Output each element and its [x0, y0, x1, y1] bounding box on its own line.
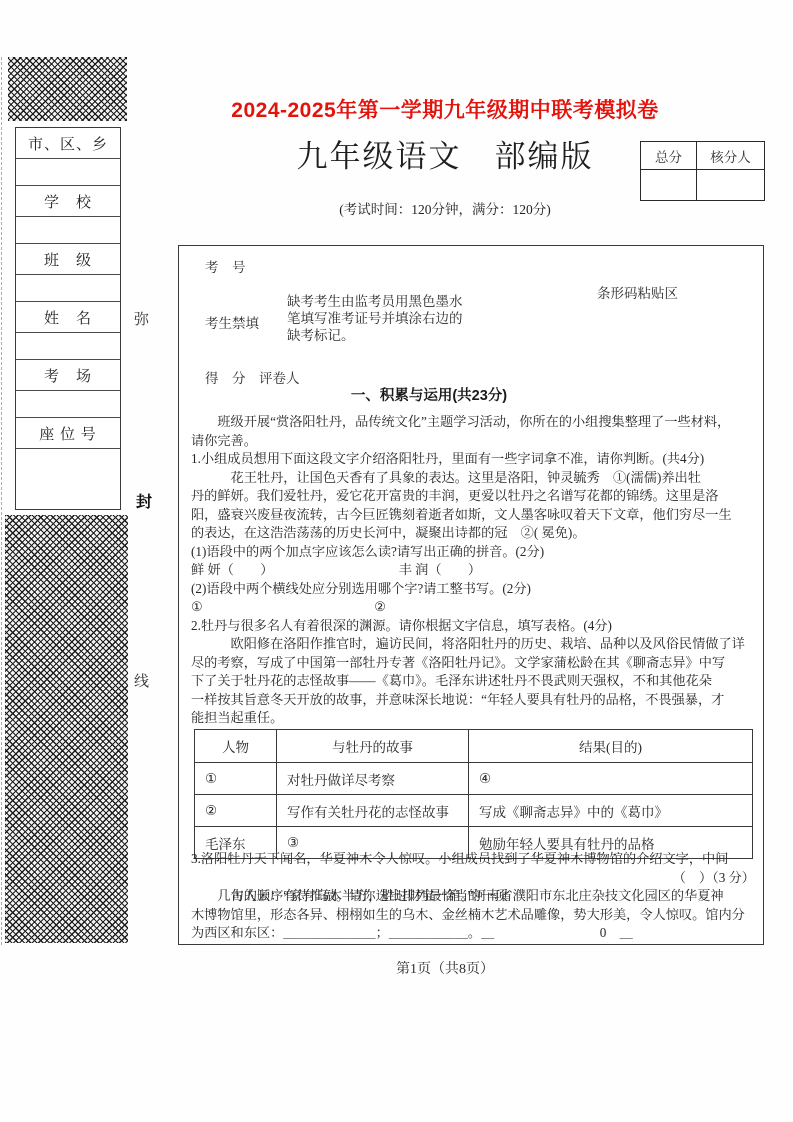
- text-line: (1)语段中的两个加点字应该怎么读?请写出正确的拼音。(2分): [191, 543, 757, 562]
- page-left-trim-line: [1, 57, 3, 945]
- field-blank-examroom: [16, 391, 120, 418]
- security-hatch-top: [8, 57, 127, 121]
- field-blank-seat: [16, 449, 120, 509]
- text-line: 尽的考察，写成了中国第一部牡丹专著《洛阳牡丹记》。文学家蒲松龄在其《聊斋志异》中…: [191, 654, 757, 673]
- section1-heading: 一、积累与运用(共23分): [299, 384, 559, 405]
- text-line: 为西区和东区：＿＿＿＿＿＿＿；＿＿＿＿＿＿。＿ 0 ＿: [191, 924, 757, 943]
- seal-field-table: 市、区、乡 学 校 班 级 姓 名 考 场 座 位 号: [15, 127, 121, 510]
- cell-story-1: 对牡丹做详尽考察: [277, 763, 469, 795]
- th-story: 与牡丹的故事: [277, 730, 469, 763]
- field-label-examroom: 考 场: [16, 360, 120, 391]
- text-line: 下了关于牡丹花的志怪故事——《葛巾》。毛泽东讲述牡丹不畏武则天强权，不和其他花朵: [191, 672, 757, 691]
- barcode-area-label: 条形码粘贴区: [597, 282, 678, 302]
- absent-note-line: 笔填写准考证号并填涂右边的: [287, 310, 463, 327]
- text-line: 请你完善。: [191, 432, 757, 451]
- field-blank-district: [16, 159, 120, 186]
- seal-char-xian: 线: [134, 670, 149, 691]
- field-blank-school: [16, 217, 120, 244]
- table-row: ① 对牡丹做详尽考察 ④: [195, 763, 753, 795]
- field-label-school: 学 校: [16, 186, 120, 217]
- th-result: 结果(目的): [469, 730, 753, 763]
- field-label-seat: 座 位 号: [16, 418, 120, 449]
- field-blank-class: [16, 275, 120, 302]
- text-line: ① ②: [191, 598, 757, 617]
- forbid-fill-label: 考生禁填: [205, 312, 259, 332]
- page-number: 第1页（共8页）: [120, 958, 770, 978]
- absent-note-line: 缺考标记。: [287, 327, 463, 344]
- text-line: 花王牡丹，让国色天香有了具象的表达。这里是洛阳，钟灵毓秀 ①(濡儒)养出牡: [191, 469, 757, 488]
- table-row: ② 写作有关牡丹花的志怪故事 写成《聊斋志异》中的《葛巾》: [195, 795, 753, 827]
- field-label-name: 姓 名: [16, 302, 120, 333]
- score-strip-label: 得 分 评卷人: [205, 367, 300, 387]
- text-line: 丹的鲜妍。我们爱牡丹，爱它花开富贵的丰润，更爱以牡丹之名谱写花都的锦绣。这里是洛: [191, 487, 757, 506]
- total-score-label: 总分: [641, 142, 697, 170]
- table-header-row: 人物 与牡丹的故事 结果(目的): [195, 730, 753, 763]
- text-line: 3.洛阳牡丹天下闻名，华夏神木令人惊叹。小组成员找到了华夏神木博物馆的介绍文字，…: [191, 850, 757, 869]
- text-line: 阳，盛衰兴废昼夜流转，古今巨匠镌刻着逝者如斯，文人墨客咏叹着天下文章，他们穷尽一…: [191, 506, 757, 525]
- text-line: 鲜 妍（ ） 丰 润（ ）: [191, 561, 757, 580]
- text-line: 1.小组成员想用下面这段文字介绍洛阳牡丹，里面有一些字词拿不准，请你判断。(共4…: [191, 450, 757, 469]
- total-score-blank: [641, 170, 697, 200]
- cell-result-2: 写成《聊斋志异》中的《葛巾》: [469, 795, 753, 827]
- absent-note-line: 缺考考生由监考员用黑色墨水: [287, 293, 463, 310]
- field-label-district: 市、区、乡: [16, 128, 120, 159]
- text-line: 一样按其旨意冬天开放的故事，并意味深长地说：“年轻人要具有牡丹的品格，不畏强暴，…: [191, 691, 757, 710]
- total-score-box: 总分 核分人: [640, 141, 765, 201]
- question3-block: 3.洛阳牡丹天下闻名，华夏神木令人惊叹。小组成员找到了华夏神木博物馆的介绍文字，…: [191, 850, 757, 943]
- text-line: 古人云：“家有乌木半方，胜过财宝一箱。”河南省濮阳市东北庄杂技文化园区的华夏神: [191, 887, 757, 906]
- seal-char-mi: 弥: [134, 308, 149, 329]
- cell-person-1: ①: [195, 763, 277, 795]
- exam-info: (考试时间：120分钟，满分：120分): [120, 198, 770, 218]
- text-line: (2)语段中两个横线处应分别选用哪个字?请工整书写。(2分): [191, 580, 757, 599]
- score-checker-blank: [697, 170, 764, 200]
- cell-story-2: 写作有关牡丹花的志怪故事: [277, 795, 469, 827]
- text-line: 2.牡丹与很多名人有着很深的渊源。请你根据文字信息，填写表格。(4分): [191, 617, 757, 636]
- absent-note: 缺考考生由监考员用黑色墨水 笔填写准考证号并填涂右边的 缺考标记。: [287, 293, 463, 344]
- cell-person-2: ②: [195, 795, 277, 827]
- text-line: 班级开展“赏洛阳牡丹，品传统文化”主题学习活动，你所在的小组搜集整理了一些材料，: [191, 413, 757, 432]
- text-line: 能担当起重任。: [191, 709, 757, 728]
- field-blank-name: [16, 333, 120, 360]
- q3-score-mark: （ ）（3 分）: [673, 869, 755, 888]
- field-label-class: 班 级: [16, 244, 120, 275]
- peony-table: 人物 与牡丹的故事 结果(目的) ① 对牡丹做详尽考察 ④ ② 写作有关牡丹花的…: [194, 729, 753, 859]
- text-line: 的表达，在这浩浩荡荡的历史长河中，凝聚出诗都的冠 ②( 冕免)。: [191, 524, 757, 543]
- text-line: 几句的顺序有待推敲。请你选出排列最恰当的一项 （ ）（3 分）: [191, 869, 757, 888]
- section1-body: 班级开展“赏洛阳牡丹，品传统文化”主题学习活动，你所在的小组搜集整理了一些材料，…: [191, 413, 757, 728]
- main-content-box: 考 号 考生禁填 缺考考生由监考员用黑色墨水 笔填写准考证号并填涂右边的 缺考标…: [178, 245, 764, 945]
- text-line: 木博物馆里，形态各异、栩栩如生的乌木、金丝楠木艺术品雕像，势大形美，令人惊叹。馆…: [191, 906, 757, 925]
- seal-char-feng: 封: [136, 489, 152, 512]
- security-hatch-bottom: [5, 515, 128, 943]
- exam-page: 市、区、乡 学 校 班 级 姓 名 考 场 座 位 号 弥 封 线 2024-2…: [0, 0, 793, 1122]
- text-line: 欧阳修在洛阳作推官时，遍访民间，将洛阳牡丹的历史、栽培、品种以及风俗民情做了详: [191, 635, 757, 654]
- cell-result-1: ④: [469, 763, 753, 795]
- exam-no-label: 考 号: [205, 256, 246, 276]
- th-person: 人物: [195, 730, 277, 763]
- score-checker-label: 核分人: [697, 142, 764, 170]
- page-title: 2024-2025年第一学期九年级期中联考模拟卷: [120, 94, 770, 124]
